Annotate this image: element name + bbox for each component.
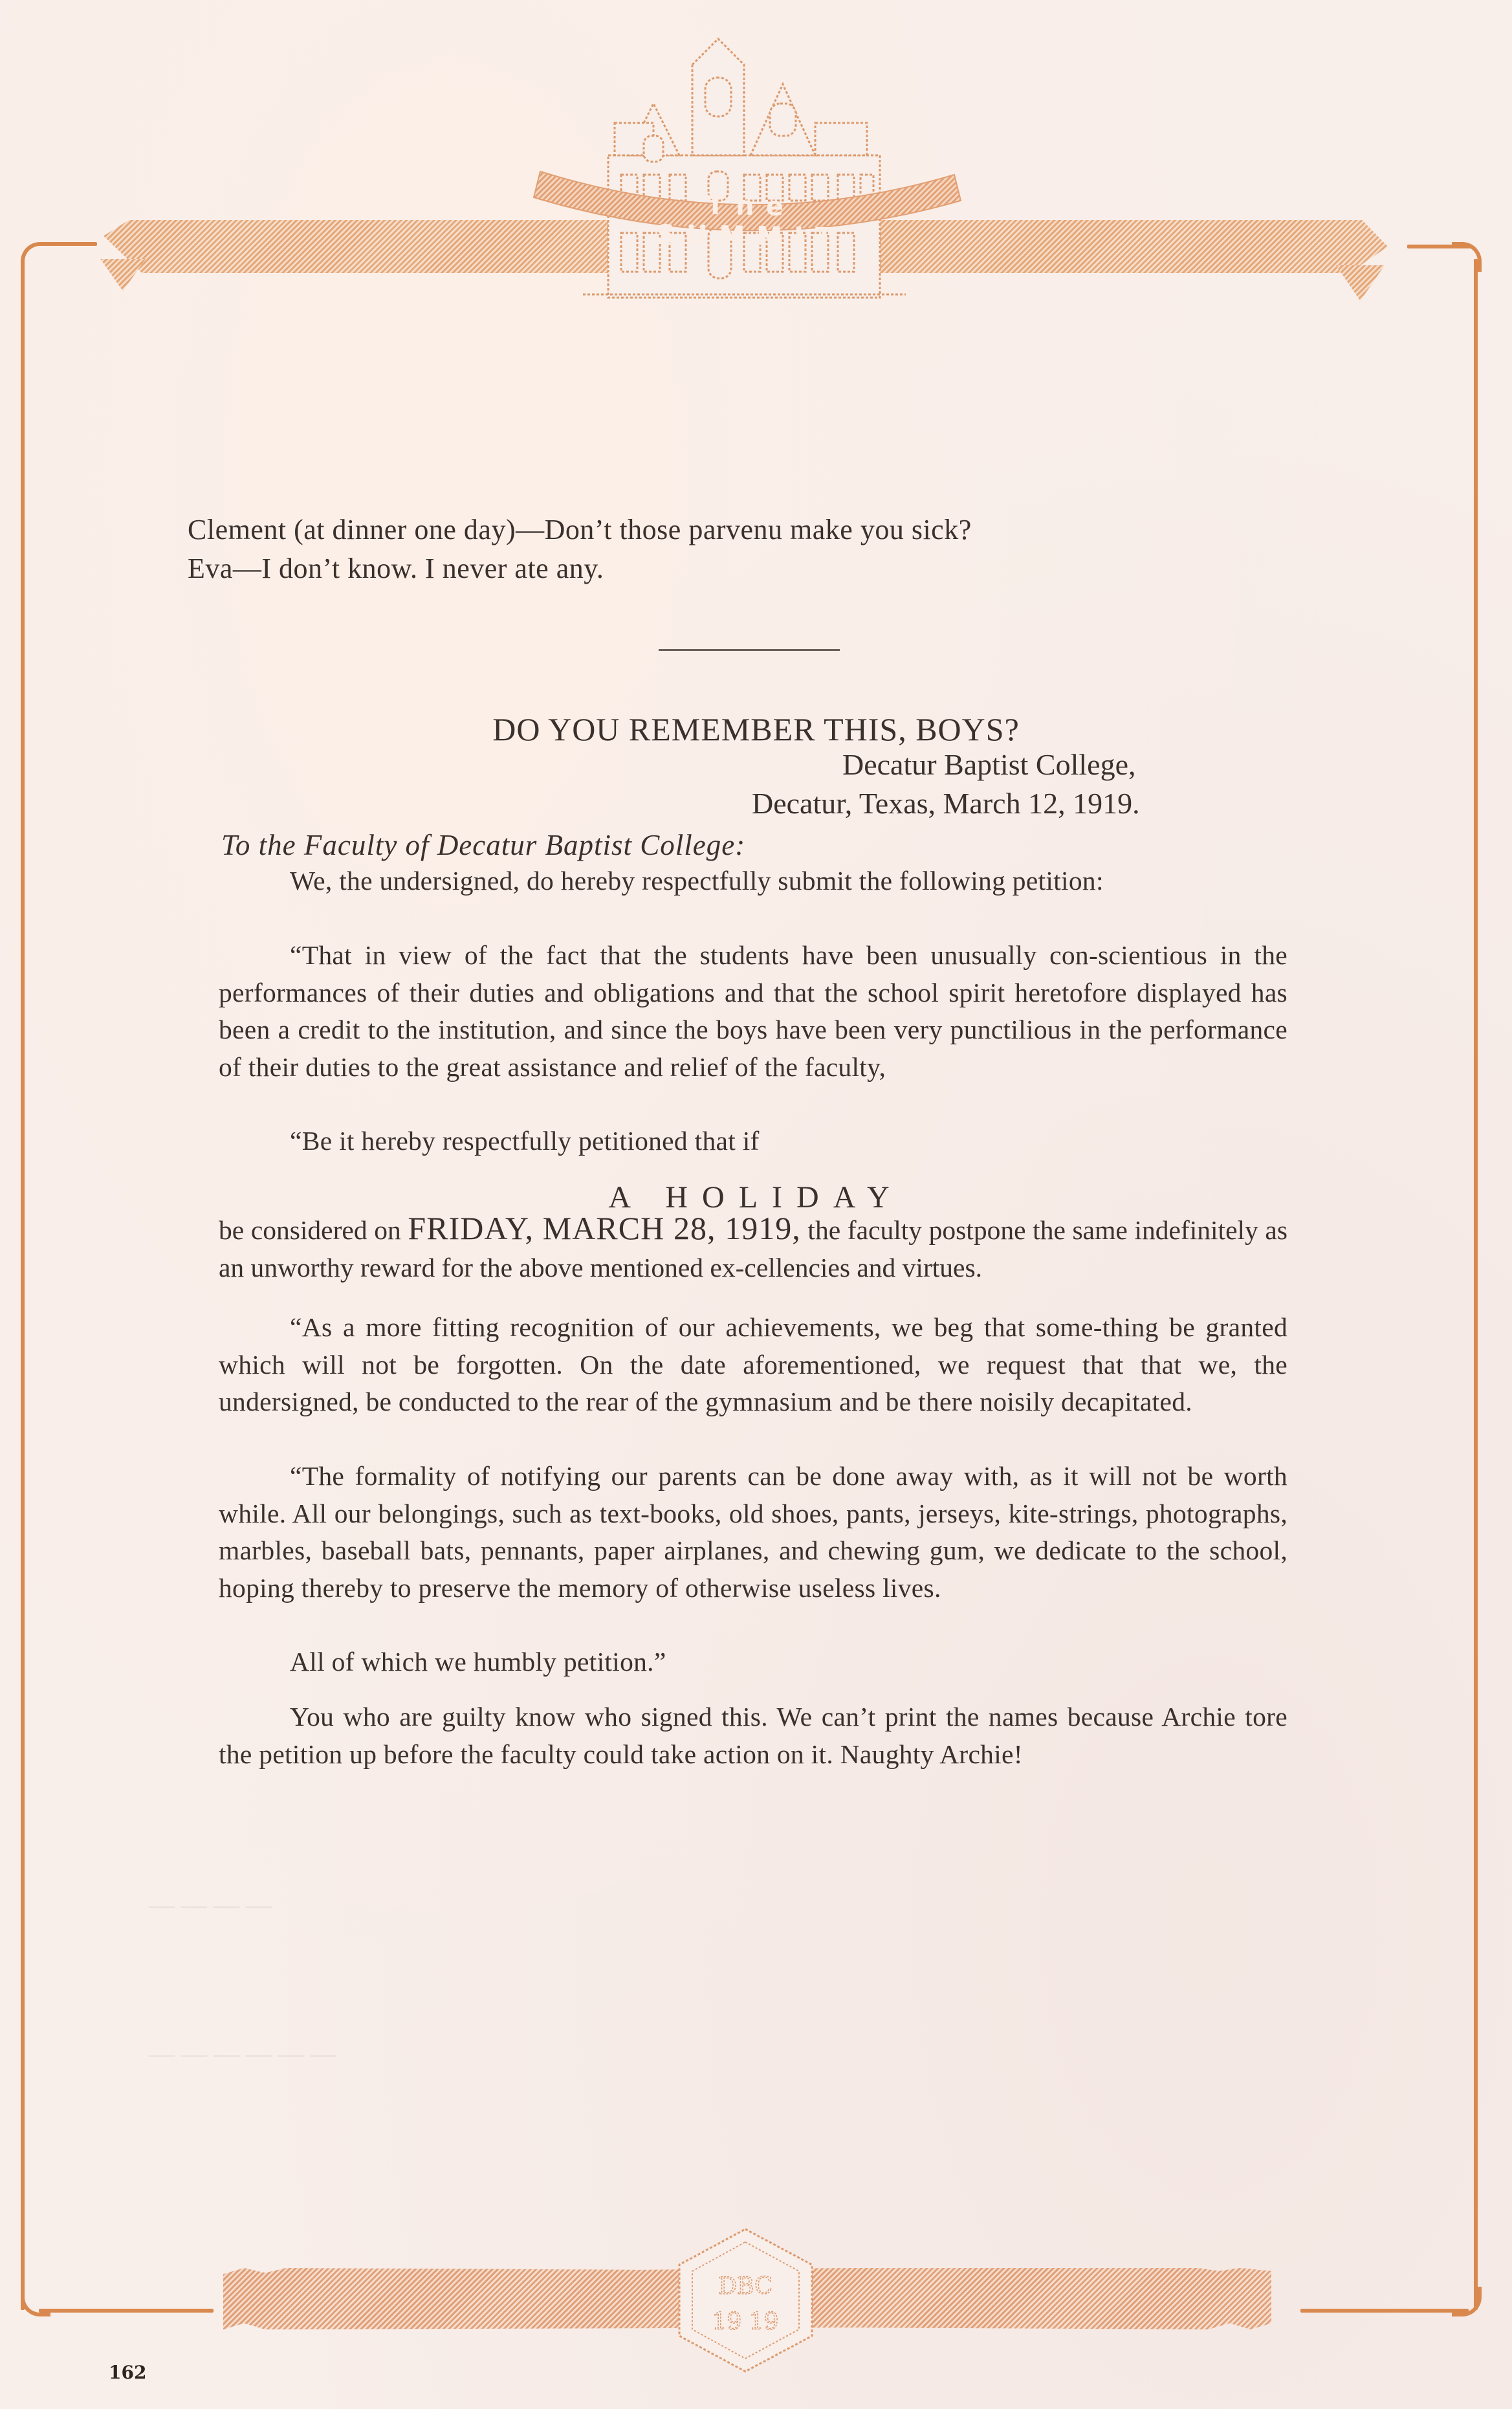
petition-paragraph-2: “Be it hereby respectfully petitioned th… — [219, 1123, 1287, 1160]
svg-text:19 19: 19 19 — [712, 2309, 778, 2335]
college-building-icon — [582, 26, 906, 301]
header-ribbon-fold-left — [100, 259, 146, 291]
frame-corner-top-left — [21, 242, 50, 272]
frame-bottom-left-rule — [39, 2309, 214, 2313]
page-number: 162 — [109, 2362, 146, 2383]
section-divider — [659, 649, 840, 651]
article-title: DO YOU REMEMBER THIS, BOYS? — [0, 710, 1512, 748]
closing-text: You who are guilty know who signed this.… — [219, 1702, 1287, 1769]
sender-line-2: Decatur, Texas, March 12, 1919. — [752, 786, 1140, 820]
petition-text-3-pre: be considered on — [219, 1215, 401, 1245]
petition-text-4: “As a more fitting recognition of our ac… — [219, 1312, 1287, 1416]
frame-right-border — [1474, 259, 1478, 2310]
joke-line-1: Clement (at dinner one day)—Don’t those … — [188, 516, 972, 544]
petition-text-2: “Be it hereby respectfully petitioned th… — [290, 1126, 760, 1156]
petition-paragraph-3: be considered on FRIDAY, MARCH 28, 1919,… — [219, 1210, 1287, 1286]
frame-left-border — [21, 259, 25, 2310]
petition-paragraph-4: “As a more fitting recognition of our ac… — [219, 1309, 1287, 1421]
petition-paragraph-1: “That in view of the fact that the stude… — [219, 937, 1287, 1086]
salutation: To the Faculty of Decatur Baptist Colleg… — [221, 828, 745, 862]
show-through-text: — — — — — [149, 1889, 272, 1920]
intro-text: We, the undersigned, do hereby respectfu… — [290, 866, 1104, 896]
class-emblem-icon: DBC 19 19 — [670, 2226, 822, 2375]
closing-paragraph: You who are guilty know who signed this.… — [219, 1699, 1287, 1773]
summit-title: The SUMMIT — [620, 190, 881, 254]
petition-paragraph-5: “The formality of notifying our parents … — [219, 1458, 1287, 1607]
petition-text-5: “The formality of notifying our parents … — [219, 1461, 1287, 1603]
frame-top-right-rule — [1407, 245, 1472, 248]
joke-line-2: Eva—I don’t know. I never ate any. — [188, 555, 604, 583]
svg-text:DBC: DBC — [718, 2273, 772, 2300]
frame-top-left-rule — [39, 242, 97, 246]
intro-paragraph: We, the undersigned, do hereby respectfu… — [219, 863, 1287, 900]
petition-text-6: All of which we humbly petition.” — [290, 1647, 666, 1677]
header-ribbon-fold-right — [1336, 265, 1385, 301]
show-through-text: — — — — — — — [149, 2038, 336, 2069]
sender-line-1: Decatur Baptist College, — [842, 747, 1136, 782]
petition-paragraph-6: All of which we humbly petition.” — [219, 1644, 1287, 1681]
petition-text-1: “That in view of the fact that the stude… — [219, 940, 1287, 1082]
holiday-date: FRIDAY, MARCH 28, 1919, — [408, 1210, 800, 1246]
frame-bottom-right-rule — [1300, 2309, 1469, 2313]
